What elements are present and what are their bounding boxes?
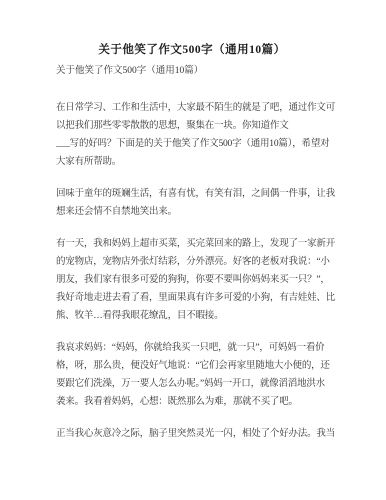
text-line: 的宠物店，宠物店外张灯结彩，分外漂亮。好客的老板对我说：“小 bbox=[56, 253, 336, 271]
text-line: 格，呀，那么贵，便没好气地说：“它们会再家里随地大小便的，还 bbox=[56, 357, 336, 375]
paragraph: 在日常学习、工作和生活中，大家最不陌生的就是了吧，通过作文可以把我们那些零零散散… bbox=[56, 99, 336, 171]
paragraph: 有一天，我和妈妈上超市买菜，买完菜回来的路上，发现了一家新开的宠物店，宠物店外张… bbox=[56, 235, 336, 325]
paragraph: 回味于童年的斑斓生活，有喜有忧，有笑有泪，之间偶一件事，让我想来还会情不自禁地笑… bbox=[56, 185, 336, 221]
text-line: 袭来。我看着妈妈，心想：既然那么为难，那就不买了吧。 bbox=[56, 393, 336, 411]
paragraph: 正当我心灰意冷之际，脑子里突然灵光一闪，相处了个好办法。我当 bbox=[56, 425, 336, 443]
text-line: 熊、牧羊…看得我眼花缭乱，目不暇接。 bbox=[56, 307, 336, 325]
text-line: 回味于童年的斑斓生活，有喜有忧，有笑有泪，之间偶一件事，让我 bbox=[56, 185, 336, 203]
text-line: 想来还会情不自禁地笑出来。 bbox=[56, 203, 336, 221]
text-line: 正当我心灰意冷之际，脑子里突然灵光一闪，相处了个好办法。我当 bbox=[56, 425, 336, 443]
text-line: 我哀求妈妈：“妈妈，你就给我买一只吧，就一只”，可妈妈一看价 bbox=[56, 339, 336, 357]
text-line: 我好奇地走进去看了看，里面果真有许多可爱的小狗，有吉娃娃、比 bbox=[56, 289, 336, 307]
text-line: 朋友，我们家有很多可爱的狗狗，你要不要叫你妈妈来买一只？”， bbox=[56, 271, 336, 289]
document-page: 关于他笑了作文500字（通用10篇） 关于他笑了作文500字（通用10篇） 在日… bbox=[0, 0, 386, 500]
text-line: 有一天，我和妈妈上超市买菜，买完菜回来的路上，发现了一家新开 bbox=[56, 235, 336, 253]
paragraph: 我哀求妈妈：“妈妈，你就给我买一只吧，就一只”，可妈妈一看价格，呀，那么贵，便没… bbox=[56, 339, 336, 411]
text-line: ___写的好吗？下面是的关于他笑了作文500字（通用10篇），希望对 bbox=[56, 135, 336, 153]
document-subtitle: 关于他笑了作文500字（通用10篇） bbox=[56, 64, 336, 78]
text-line: 大家有所帮助。 bbox=[56, 153, 336, 171]
essay-body: 在日常学习、工作和生活中，大家最不陌生的就是了吧，通过作文可以把我们那些零零散散… bbox=[56, 99, 336, 443]
text-line: 以把我们那些零零散散的思想，聚集在一块。你知道作文 bbox=[56, 117, 336, 135]
text-line: 要跟它们洗澡，万一要人怎么办呢。”妈妈一开口，就像滔滔地洪水 bbox=[56, 375, 336, 393]
document-title: 关于他笑了作文500字（通用10篇） bbox=[48, 42, 336, 58]
text-line: 在日常学习、工作和生活中，大家最不陌生的就是了吧，通过作文可 bbox=[56, 99, 336, 117]
